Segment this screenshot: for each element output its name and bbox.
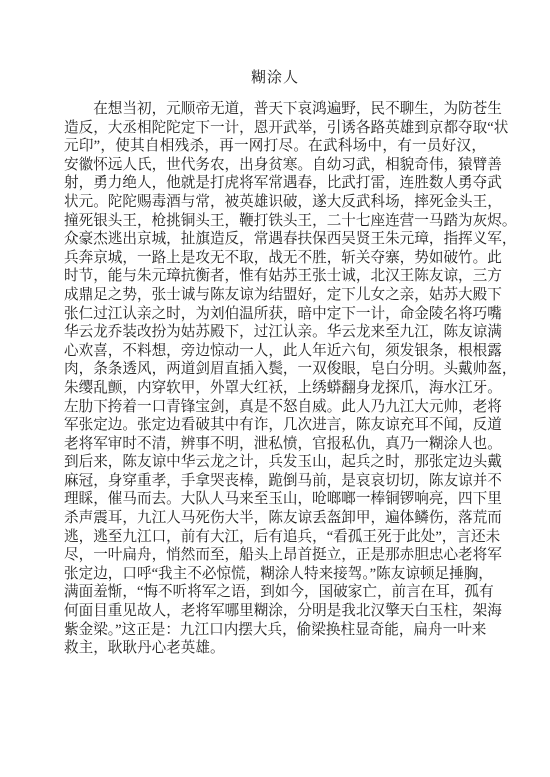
text-line: 状元。陀陀赐毒酒与常，被英雄识破，遂大反武科场，摔死金头王，: [64, 193, 486, 212]
text-line: 逃，逃至九江口，前有大江，后有追兵，“看孤王死于此处”，言还未: [64, 528, 486, 547]
text-line: 军张定边。张定边看破其中有诈，几次进言，陈友谅充耳不闻，反道: [64, 416, 486, 435]
text-line: 张定边，口呼“我主不必惊慌，糊涂人特来接驾。”陈友谅顿足捶胸，: [64, 565, 486, 584]
text-line: 撞死银头王，枪挑铜头王，鞭打铁头王，二十七座连营一马踏为灰烬。: [64, 212, 486, 231]
document-page: 糊涂人 在想当初，元顺帝无道，普天下哀鸿遍野，民不聊生，为防苍生造反，大丞相陀陀…: [0, 0, 550, 777]
text-line: 朱缨乱颤，内穿软甲，外罩大红袄，上绣蟒翻身龙探爪，海水江牙。: [64, 379, 486, 398]
text-line: 张仁过江认亲之时，为刘伯温所获，暗中定下一计，命金陵名将巧嘴: [64, 305, 486, 324]
text-line: 尽，一叶扁舟，悄然而至，船头上昂首挺立，正是那赤胆忠心老将军: [64, 546, 486, 565]
text-line: 救主，耿耿丹心老英雄。: [64, 639, 486, 658]
text-line: 理睬，催马而去。大队人马来至玉山，呛啷啷一棒铜锣响亮，四下里: [64, 490, 486, 509]
text-line: 肉，条条透风，两道剑眉直插入鬓，一双俊眼，皂白分明。头戴帅盔，: [64, 360, 486, 379]
text-line: 元印”，使其自相残杀，再一网打尽。在武科场中，有一员好汉，: [64, 137, 486, 156]
text-line: 华云龙乔装改扮为姑苏殿下，过江认亲。华云龙来至九江，陈友谅满: [64, 323, 486, 342]
text-line: 兵奔京城，一路上是攻无不取，战无不胜，斩关夺寨，势如破竹。此: [64, 249, 486, 268]
text-line: 左肋下挎着一口青锋宝剑，真是不怒自威。此人乃九江大元帅，老将: [64, 398, 486, 417]
text-line: 老将军审时不清，辨事不明，泄私愤，官报私仇，真乃一糊涂人也。: [64, 435, 486, 454]
text-line: 满面羞惭，“悔不听将军之语，到如今，国破家亡，前言在耳，孤有: [64, 583, 486, 602]
text-line: 何面目重见故人，老将军哪里糊涂，分明是我北汉擎天白玉柱，架海: [64, 602, 486, 621]
text-line: 时节，能与朱元璋抗衡者，惟有姑苏王张士诚，北汉王陈友谅，三方: [64, 267, 486, 286]
text-line: 到后来，陈友谅中华云龙之计，兵发玉山，起兵之时，那张定边头戴: [64, 453, 486, 472]
body-text: 在想当初，元顺帝无道，普天下哀鸿遍野，民不聊生，为防苍生造反，大丞相陀陀定下一计…: [64, 100, 486, 658]
text-line: 安徽怀远人氏，世代务农，出身贫寒。自幼习武，相貌奇伟，猿臂善: [64, 156, 486, 175]
text-line: 紫金梁。”这正是：九江口内摆大兵，偷梁换柱显奇能，扁舟一叶来: [64, 621, 486, 640]
text-line: 成鼎足之势，张士诚与陈友谅为结盟好，定下儿女之亲，姑苏大殿下: [64, 286, 486, 305]
text-line: 麻冠，身穿重孝，手拿哭丧棒，跪倒马前，是哀哀切切，陈友谅并不: [64, 472, 486, 491]
page-title: 糊涂人: [0, 0, 550, 87]
text-line: 在想当初，元顺帝无道，普天下哀鸿遍野，民不聊生，为防苍生: [64, 100, 486, 119]
text-line: 心欢喜，不料想，旁边惊动一人，此人年近六旬，须发银条，根根露: [64, 342, 486, 361]
text-line: 射，勇力绝人，他就是打虎将军常遇春，比武打雷，连胜数人勇夺武: [64, 174, 486, 193]
text-line: 造反，大丞相陀陀定下一计，恩开武举，引诱各路英雄到京都夺取“状: [64, 119, 486, 138]
text-line: 众豪杰逃出京城，扯旗造反，常遇春扶保西吴贤王朱元璋，指挥义军，: [64, 230, 486, 249]
text-line: 杀声震耳，九江人马死伤大半，陈友谅丢盔卸甲，遍体鳞伤，落荒而: [64, 509, 486, 528]
